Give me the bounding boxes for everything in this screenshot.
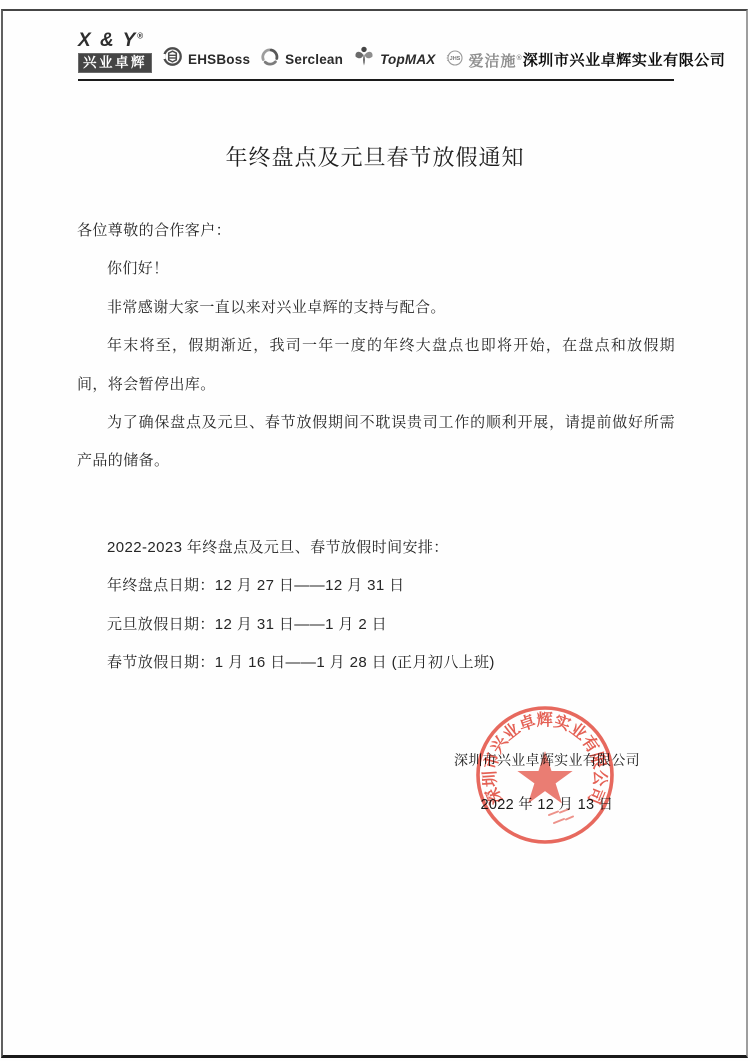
document-title: 年终盘点及元旦春节放假通知 bbox=[0, 141, 750, 172]
signature-company-name: 深圳市兴业卓辉实业有限公司 bbox=[415, 750, 679, 770]
topmax-logo: TopMAX bbox=[353, 46, 435, 72]
schedule-item-spring-festival: 春节放假日期：1 月 16 日——1 月 28 日 (正月初八上班) bbox=[77, 644, 675, 682]
serclean-label: Serclean bbox=[285, 52, 343, 67]
paragraph: 年末将至，假期渐近，我司一年一度的年终大盘点也即将开始，在盘点和放假期间，将会暂… bbox=[77, 327, 675, 404]
ehsboss-label: EHSBoss bbox=[188, 52, 250, 67]
schedule-item-new-year: 元旦放假日期：12 月 31 日——1 月 2 日 bbox=[77, 606, 675, 644]
letterhead-company-name: 深圳市兴业卓辉实业有限公司 bbox=[523, 49, 726, 70]
topmax-icon bbox=[353, 46, 375, 72]
aijieshi-label: 爱洁施® bbox=[469, 50, 523, 71]
jhs-badge-icon: JHS bbox=[446, 49, 464, 72]
svg-text:JHS: JHS bbox=[449, 56, 460, 62]
xy-logo-label: X & Y bbox=[78, 30, 137, 51]
aijieshi-logo: JHS 爱洁施® bbox=[446, 49, 523, 72]
topmax-label: TopMAX bbox=[380, 52, 435, 67]
registered-mark-icon: ® bbox=[137, 31, 143, 40]
letter-body: 各位尊敬的合作客户： 你们好！ 非常感谢大家一直以来对兴业卓辉的支持与配合。 年… bbox=[77, 212, 675, 682]
xy-brand-logo: X & Y® 兴业卓辉 bbox=[78, 31, 152, 74]
paragraph: 为了确保盘点及元旦、春节放假期间不耽误贵司工作的顺利开展，请提前做好所需产品的储… bbox=[77, 404, 675, 481]
xy-logo-box: 兴业卓辉 bbox=[78, 53, 152, 74]
ehsboss-icon bbox=[162, 46, 183, 72]
salutation: 各位尊敬的合作客户： bbox=[77, 212, 675, 250]
schedule-heading: 2022-2023 年终盘点及元旦、春节放假时间安排： bbox=[77, 529, 675, 567]
serclean-icon bbox=[260, 47, 280, 72]
letter-page: X & Y® 兴业卓辉 EHSBoss bbox=[0, 0, 750, 1061]
paragraph: 非常感谢大家一直以来对兴业卓辉的支持与配合。 bbox=[77, 289, 675, 327]
schedule-item-inventory: 年终盘点日期：12 月 27 日——12 月 31 日 bbox=[77, 567, 675, 605]
ehsboss-logo: EHSBoss bbox=[162, 46, 250, 72]
paragraph: 你们好！ bbox=[77, 250, 675, 288]
signature-block: 深圳市兴业卓辉实业有限公司 2022 年 12 月 13 日 bbox=[415, 750, 679, 814]
serclean-logo: Serclean bbox=[260, 47, 343, 72]
letterhead: X & Y® 兴业卓辉 EHSBoss bbox=[78, 29, 674, 81]
signature-date: 2022 年 12 月 13 日 bbox=[415, 793, 679, 814]
xy-logo-text: X & Y® bbox=[78, 31, 152, 50]
